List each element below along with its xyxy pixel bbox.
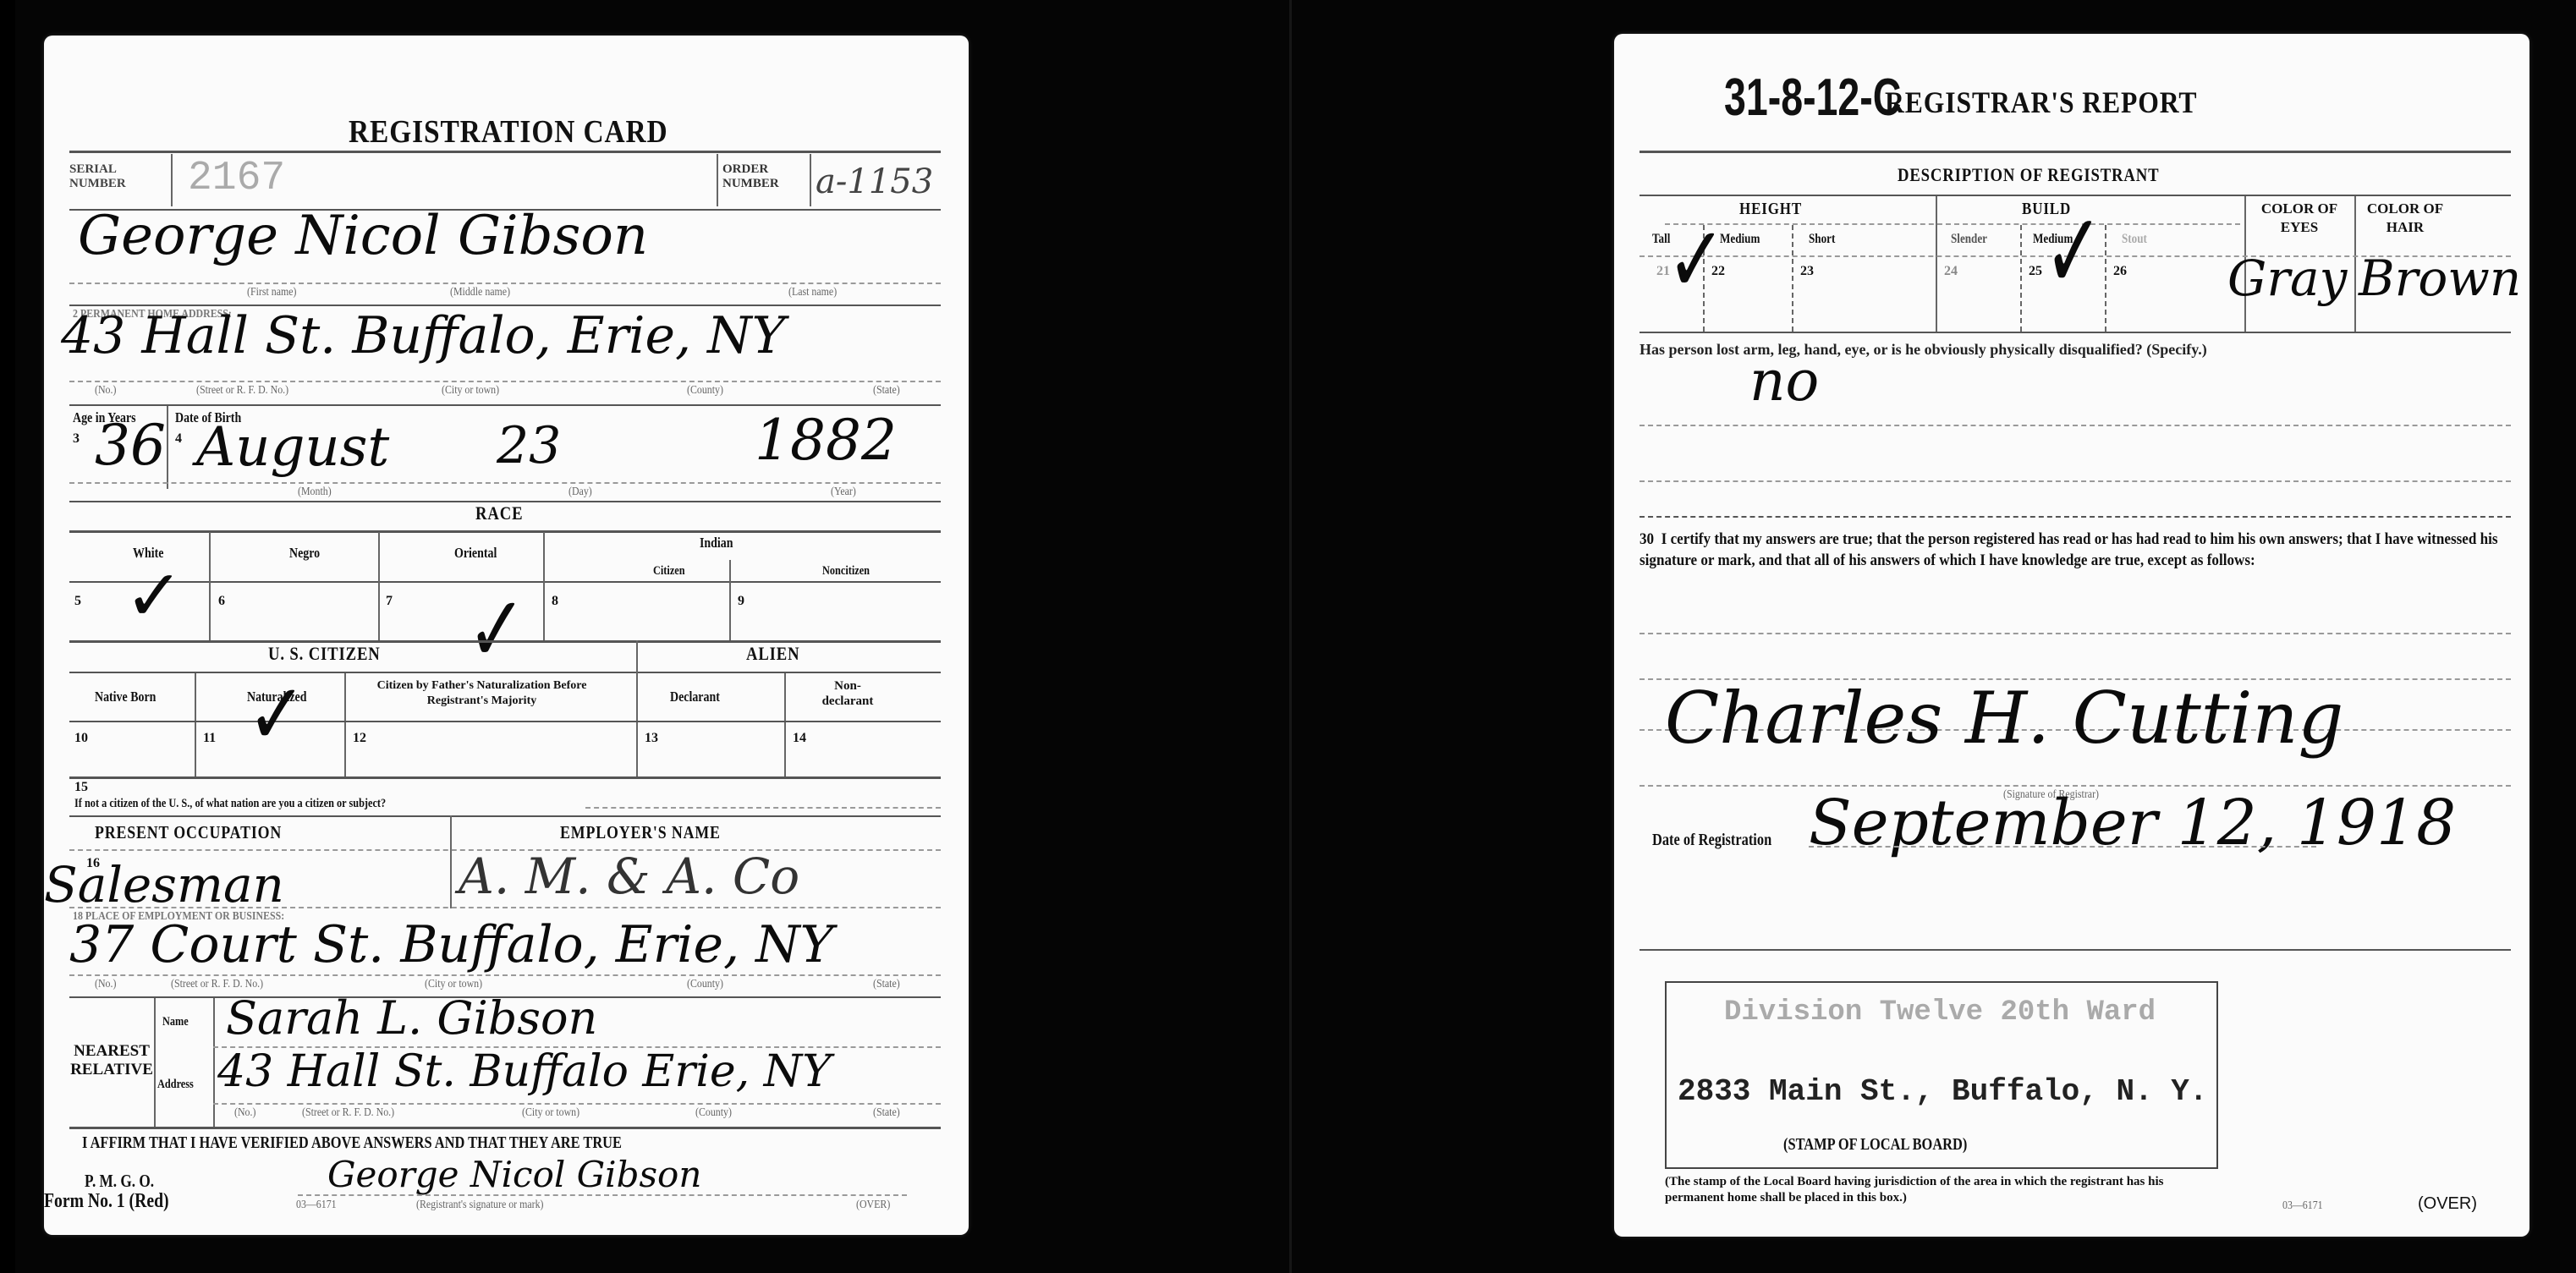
stamp-line-2: 2833 Main St., Buffalo, N. Y. (1678, 1074, 2208, 1109)
divider (1936, 196, 1937, 332)
hair-color: Brown (2359, 250, 2521, 307)
divider (69, 815, 941, 817)
sub-label: (County) (687, 978, 723, 991)
divider (585, 807, 941, 809)
divider (298, 1194, 907, 1196)
sub-label: (Street or R. F. D. No.) (196, 384, 288, 398)
sub-label: (State) (873, 978, 900, 991)
field-number: 3 (73, 431, 80, 447)
field-number: 4 (175, 431, 182, 447)
divider (69, 907, 941, 908)
divider (810, 154, 811, 206)
field-number: 15 (74, 780, 88, 795)
divider (378, 532, 380, 640)
print-code: 03—6171 (296, 1199, 337, 1212)
description-header: DESCRIPTION OF REGISTRANT (1898, 164, 2159, 186)
form-agency: P. M. G. O. (85, 1171, 154, 1192)
divider (69, 974, 941, 976)
disability-answer: no (1749, 348, 1819, 414)
divider (69, 283, 941, 284)
registrar-signature: Charles H. Cutting (1665, 677, 2343, 760)
divider (1809, 846, 2316, 848)
race-indian-citizen-label: Citizen (653, 564, 685, 579)
eye-color: Gray (2227, 250, 2347, 307)
form-number: Form No. 1 (Red) (44, 1190, 169, 1213)
report-title: REGISTRAR'S REPORT (1885, 85, 2197, 120)
divider (69, 776, 941, 779)
film-edge-left (0, 0, 15, 1273)
declarant-label: Declarant (670, 689, 720, 705)
stamp-note: (The stamp of the Local Board having jur… (1665, 1174, 2215, 1206)
divider (195, 673, 196, 776)
divider (69, 404, 941, 406)
serial-number-label: SERIAL NUMBER (69, 162, 167, 191)
signature-label: (Registrant's signature or mark) (416, 1199, 544, 1212)
eyes-header: COLOR OF EYES (2249, 200, 2350, 237)
dob-year: 1882 (755, 408, 897, 473)
affirmation-text: I AFFIRM THAT I HAVE VERIFIED ABOVE ANSW… (82, 1133, 622, 1153)
us-citizen-header: U. S. CITIZEN (268, 643, 381, 665)
divider (784, 673, 786, 776)
card-title: REGISTRATION CARD (349, 113, 668, 151)
native-born-label: Native Born (95, 689, 156, 705)
divider (1640, 516, 2511, 518)
last-name-label: (Last name) (788, 286, 837, 299)
employer-header: EMPLOYER'S NAME (560, 822, 721, 843)
place-of-employment: 37 Court St. Buffalo, Erie, NY (69, 915, 833, 974)
divider (213, 998, 215, 1127)
field-number: 10 (74, 731, 88, 746)
field-number: 26 (2113, 264, 2127, 279)
dob-day: 23 (497, 416, 561, 475)
divider (213, 1103, 941, 1105)
sub-label: (Day) (568, 486, 592, 499)
divider (543, 532, 545, 640)
sub-label: (No.) (95, 384, 116, 398)
divider (1640, 949, 2511, 951)
race-header: RACE (475, 502, 523, 524)
height-short-label: Short (1809, 232, 1835, 247)
registrars-report-card: 31-8-12-C REGISTRAR'S REPORT DESCRIPTION… (1614, 34, 2529, 1237)
divider (729, 560, 731, 640)
divider (1792, 225, 1793, 332)
registration-card: REGISTRATION CARD SERIAL NUMBER 2167 ORD… (44, 36, 969, 1235)
order-number: a-1153 (816, 162, 933, 201)
divider (2354, 196, 2356, 332)
sub-label: (State) (873, 1106, 900, 1120)
height-tall-checkmark: ✓ (1667, 213, 1726, 305)
divider (69, 482, 941, 484)
divider (1640, 633, 2511, 634)
nation-question: If not a citizen of the U. S., of what n… (74, 797, 386, 811)
naturalized-checkmark: ✓ (247, 672, 306, 757)
field-number: 11 (203, 731, 216, 746)
sub-label: (Year) (831, 486, 856, 499)
divider (209, 532, 211, 640)
print-code: 03—6171 (2282, 1199, 2323, 1213)
divider (69, 640, 941, 643)
divider (171, 154, 173, 206)
divider (2105, 225, 2106, 332)
divider (1665, 223, 2240, 225)
alien-header: ALIEN (746, 643, 799, 665)
relative-name-label: Name (162, 1015, 189, 1029)
divider (69, 151, 941, 153)
race-indian-header: Indian (700, 535, 733, 551)
non-declarant-label: Non-declarant (810, 678, 886, 709)
divider (154, 998, 156, 1127)
sub-label: (Street or R. F. D. No.) (302, 1106, 394, 1120)
race-negro-label: Negro (289, 545, 320, 562)
age-value: 36 (95, 413, 166, 478)
hair-header: COLOR OF HAIR (2359, 200, 2452, 237)
field-number: 25 (2029, 264, 2042, 279)
field-number: 6 (218, 594, 225, 609)
registrant-signature: George Nicol Gibson (327, 1154, 701, 1195)
sub-label: (Month) (298, 486, 332, 499)
field-number: 9 (738, 594, 744, 609)
field-number: 8 (552, 594, 558, 609)
field-number: 7 (386, 594, 393, 609)
relative-address-label: Address (157, 1078, 194, 1092)
date-of-registration-label: Date of Registration (1652, 831, 1771, 850)
sub-label: (No.) (234, 1106, 255, 1120)
divider (1640, 425, 2511, 426)
field-number: 23 (1800, 264, 1814, 279)
middle-name-label: (Middle name) (450, 286, 510, 299)
dob-month: August (196, 416, 389, 479)
field-number: 30 (1640, 530, 1654, 548)
divider (2020, 225, 2022, 332)
sub-label: (County) (687, 384, 723, 398)
divider (450, 815, 452, 908)
citizen-by-father-label: Citizen by Father's Naturalization Befor… (370, 678, 594, 709)
stray-checkmark: ✓ (467, 583, 526, 675)
divider (717, 154, 718, 206)
over-label: (OVER) (2418, 1194, 2477, 1214)
sub-label: (City or town) (442, 384, 499, 398)
serial-number: 2167 (188, 156, 285, 201)
sub-label: (State) (873, 384, 900, 398)
divider (69, 721, 941, 722)
field-number: 14 (793, 731, 806, 746)
sub-label: (Street or R. F. D. No.) (171, 978, 263, 991)
stamp-line-1: Division Twelve 20th Ward (1724, 996, 2156, 1029)
divider (69, 530, 941, 533)
race-indian-noncitizen-label: Noncitizen (822, 564, 870, 579)
build-stout-label: Stout (2122, 232, 2147, 247)
occupation-value: Salesman (44, 856, 284, 914)
certification-text: I certify that my answers are true; that… (1640, 530, 2498, 569)
field-number: 13 (645, 731, 658, 746)
stamp-label: (STAMP OF LOCAL BOARD) (1783, 1135, 1967, 1155)
date-of-registration: September 12, 1918 (1809, 787, 2456, 859)
employer-value: A. M. & A. Co (459, 848, 799, 905)
build-medium-checkmark: ✓ (2044, 198, 2103, 305)
field-number: 5 (74, 594, 81, 609)
relative-name: Sarah L. Gibson (226, 991, 597, 1045)
first-name-label: (First name) (247, 286, 297, 299)
sub-label: (City or town) (425, 978, 482, 991)
film-frame-divider (1289, 0, 1292, 1273)
field-number: 12 (353, 731, 366, 746)
registrant-name: George Nicol Gibson (78, 205, 648, 267)
relative-address: 43 Hall St. Buffalo Erie, NY (217, 1046, 832, 1097)
divider (344, 673, 346, 776)
divider (69, 672, 941, 673)
over-label: (OVER) (856, 1199, 890, 1212)
divider (1640, 332, 2511, 333)
divider (636, 640, 638, 776)
field-number: 24 (1944, 264, 1958, 279)
sub-label: (City or town) (522, 1106, 579, 1120)
sub-label: (County) (695, 1106, 732, 1120)
divider (69, 1127, 941, 1129)
race-oriental-label: Oriental (454, 545, 497, 562)
divider (167, 406, 168, 489)
divider (1640, 480, 2511, 482)
race-white-checkmark: ✓ (124, 560, 184, 631)
home-address: 43 Hall St. Buffalo, Erie, NY (61, 306, 785, 365)
divider (69, 381, 941, 382)
build-slender-label: Slender (1951, 232, 1987, 247)
nearest-relative-label: NEAREST RELATIVE (69, 1042, 154, 1079)
divider (1640, 151, 2511, 153)
occupation-header: PRESENT OCCUPATION (95, 822, 282, 843)
order-number-label: ORDER NUMBER (722, 162, 807, 191)
file-number: 31-8-12-C (1724, 68, 1901, 128)
height-header: HEIGHT (1739, 200, 1802, 219)
sub-label: (No.) (95, 978, 116, 991)
